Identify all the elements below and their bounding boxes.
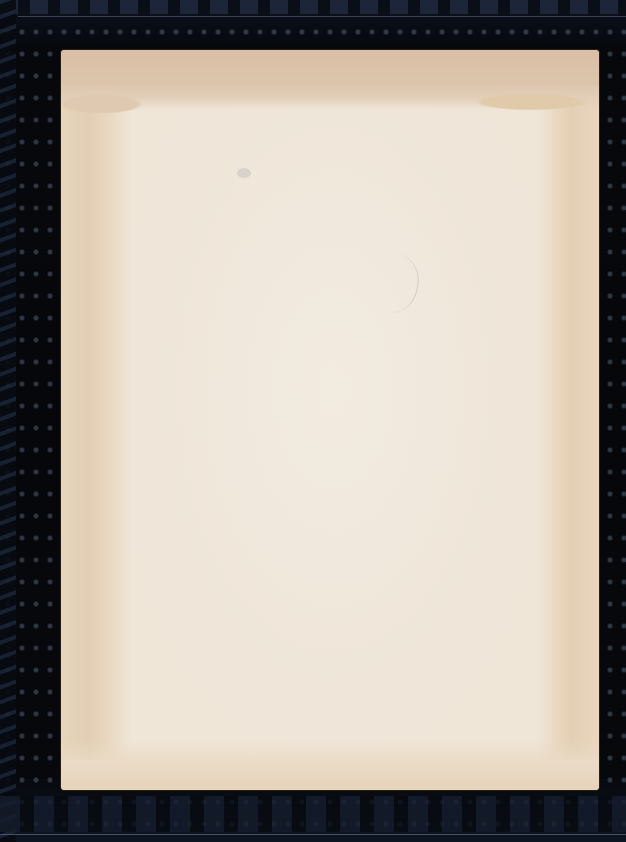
card-top-stain-drip	[61, 92, 599, 122]
holder-top-line	[18, 16, 626, 17]
card-bottom-stain	[61, 740, 599, 790]
card-back	[61, 50, 599, 790]
holder-top-edge	[0, 0, 626, 14]
card-smudge	[237, 168, 251, 178]
holder-bottom-edge	[0, 796, 626, 832]
holder-bottom-line	[0, 834, 626, 835]
card-left-stain	[61, 90, 131, 760]
holder-left-edge	[0, 0, 16, 842]
card-center-paper	[123, 98, 543, 746]
card-right-stain	[537, 90, 599, 760]
